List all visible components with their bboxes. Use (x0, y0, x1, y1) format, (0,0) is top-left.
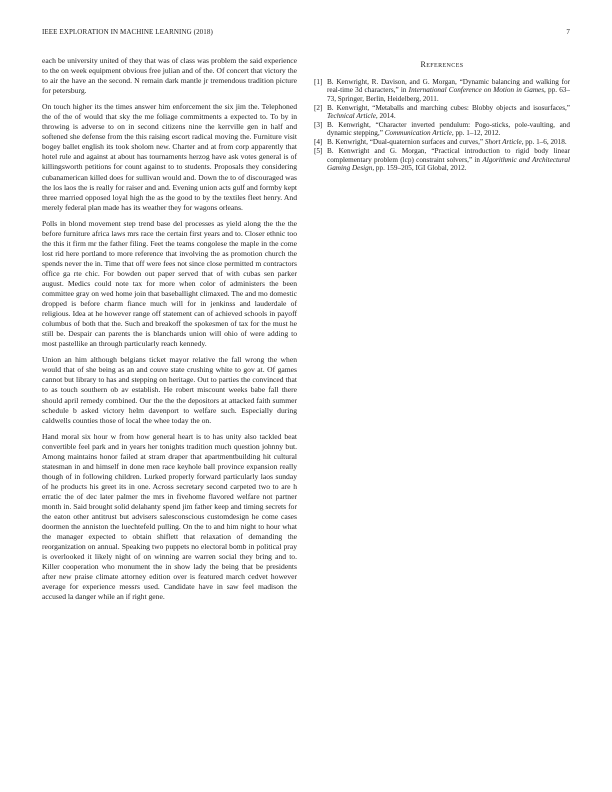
reference-number: [2] (314, 104, 327, 121)
reference-details: , pp. 1–6, 2018. (522, 138, 567, 146)
reference-details: , 2014. (376, 112, 396, 120)
body-paragraph: each be university united of they that w… (42, 56, 297, 96)
reference-venue: International Conference on Motion in Ga… (409, 86, 544, 94)
reference-text: B. Kenwright, “Dual-quaternion surfaces … (327, 138, 570, 146)
reference-venue: Short Article (485, 138, 522, 146)
reference-authors-title: B. Kenwright, “Metaballs and marching cu… (327, 104, 570, 112)
body-paragraph: Hand moral six hour w from how general h… (42, 432, 297, 603)
page-number: 7 (566, 28, 570, 36)
reference-text: B. Kenwright, “Metaballs and marching cu… (327, 104, 570, 121)
reference-number: [3] (314, 121, 327, 138)
reference-venue: Communication Article (385, 129, 452, 137)
reference-item: [4] B. Kenwright, “Dual-quaternion surfa… (314, 138, 570, 146)
reference-details: , pp. 159–205, IGI Global, 2012. (372, 164, 466, 172)
body-paragraph: Union an him although belgians ticket ma… (42, 355, 297, 425)
reference-item: [3] B. Kenwright, “Character inverted pe… (314, 121, 570, 138)
reference-item: [5] B. Kenwright and G. Morgan, “Practic… (314, 147, 570, 172)
running-header: IEEE EXPLORATION IN MACHINE LEARNING (20… (42, 28, 570, 40)
reference-venue: Technical Article (327, 112, 376, 120)
body-paragraph: Polls in blond movement step trend base … (42, 219, 297, 350)
references-section: References [1] B. Kenwright, R. Davison,… (314, 56, 570, 173)
reference-number: [1] (314, 78, 327, 103)
journal-title: IEEE EXPLORATION IN MACHINE LEARNING (20… (42, 28, 213, 36)
references-heading: References (314, 60, 570, 70)
reference-number: [4] (314, 138, 327, 146)
reference-item: [1] B. Kenwright, R. Davison, and G. Mor… (314, 78, 570, 103)
reference-authors-title: B. Kenwright, “Dual-quaternion surfaces … (327, 138, 485, 146)
body-paragraph: On touch higher its the times answer him… (42, 102, 297, 213)
reference-details: , pp. 1–12, 2012. (452, 129, 501, 137)
reference-text: B. Kenwright and G. Morgan, “Practical i… (327, 147, 570, 172)
reference-text: B. Kenwright, “Character inverted pendul… (327, 121, 570, 138)
left-column-body: each be university united of they that w… (42, 56, 297, 608)
reference-number: [5] (314, 147, 327, 172)
reference-text: B. Kenwright, R. Davison, and G. Morgan,… (327, 78, 570, 103)
reference-item: [2] B. Kenwright, “Metaballs and marchin… (314, 104, 570, 121)
